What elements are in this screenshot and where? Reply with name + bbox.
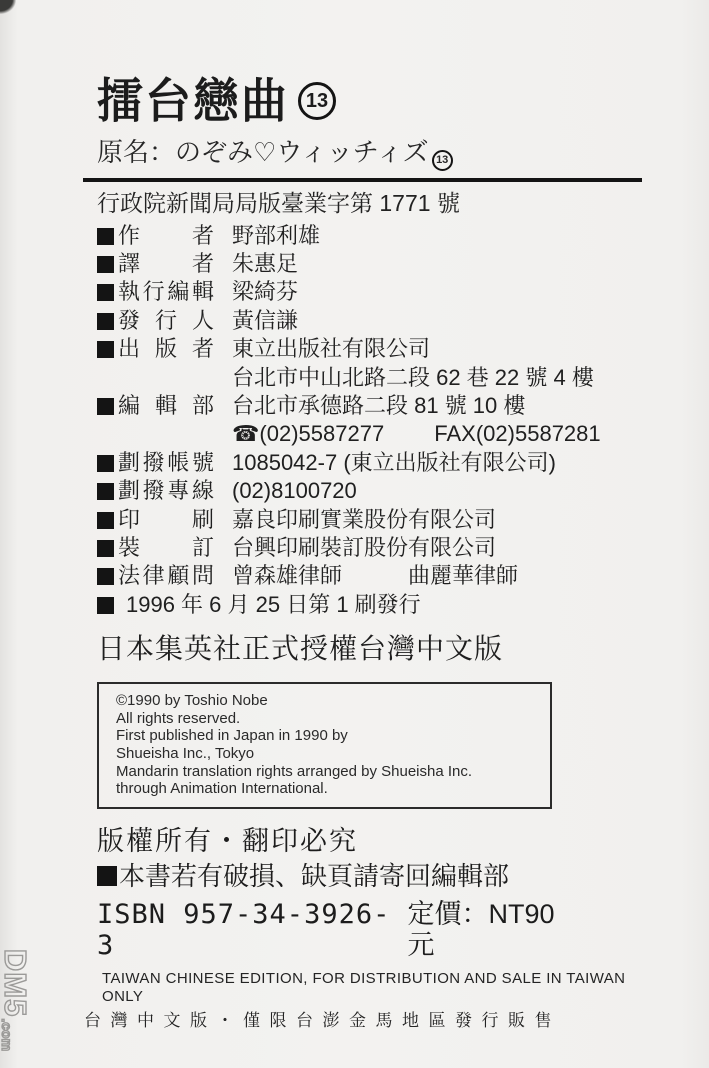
bullet-square-icon <box>97 483 114 500</box>
staff-label: 發行人 <box>118 307 214 335</box>
staff-value: 野部利雄 <box>232 222 320 250</box>
copyright-box-line: First published in Japan in 1990 by <box>116 727 542 745</box>
staff-label: 作者 <box>118 222 214 250</box>
staff-row: 譯者朱惠足 <box>97 250 642 278</box>
isbn-row: ISBN 957-34-3926-3 定價：NT90 元 <box>97 899 589 961</box>
staff-value-line: 東立出版社有限公司 <box>232 335 594 363</box>
isbn-number: ISBN 957-34-3926-3 <box>97 899 408 961</box>
damage-line: 本書若有破損、缺頁請寄回編輯部 <box>119 861 509 892</box>
staff-value-line: 曾森雄律師 曲麗華律師 <box>232 562 518 590</box>
damage-row: 本書若有破損、缺頁請寄回編輯部 <box>97 861 642 892</box>
staff-row: 劃撥帳號1085042-7 (東立出版社有限公司) <box>97 449 642 477</box>
bullet-square-icon <box>97 455 114 472</box>
bullet-square-icon <box>97 284 114 301</box>
staff-value-line: (02)8100720 <box>232 477 357 505</box>
staff-label: 出版者 <box>118 335 214 363</box>
bullet-square-icon <box>97 313 114 330</box>
license-line: 行政院新聞局局版臺業字第 1771 號 <box>97 190 642 217</box>
authorization-line: 日本集英社正式授權台灣中文版 <box>97 632 642 666</box>
page-title: 擂台戀曲 <box>97 73 289 129</box>
staff-row: 法律顧問曾森雄律師 曲麗華律師 <box>97 562 642 590</box>
staff-value-line: 1085042-7 (東立出版社有限公司) <box>232 449 556 477</box>
staff-value-line: 野部利雄 <box>232 222 320 250</box>
staff-label: 法律顧問 <box>118 562 214 590</box>
bullet-square-icon <box>97 512 114 529</box>
bullet-square-icon <box>97 341 114 358</box>
colophon-page: 擂台戀曲 13 原名：のぞみ♡ウィッチィズ13 行政院新聞局局版臺業字第 177… <box>0 0 709 1068</box>
footer-chinese-line: 台灣中文版・僅限台澎金馬地區發行販售 <box>84 1010 642 1031</box>
bullet-square-icon <box>97 540 114 557</box>
volume-number: 13 <box>306 90 328 113</box>
staff-row: 出版者東立出版社有限公司台北市中山北路二段 62 巷 22 號 4 樓 <box>97 335 642 392</box>
staff-label: 裝訂 <box>118 534 214 562</box>
divider-rule <box>83 178 642 182</box>
staff-label: 譯者 <box>118 250 214 278</box>
staff-label: 執行編輯 <box>118 278 214 306</box>
dm5-watermark-logo: DM5 .com <box>0 935 44 1065</box>
bullet-square-icon <box>97 568 114 585</box>
staff-value-line: 梁綺芬 <box>232 278 298 306</box>
issue-line: 1996 年 6 月 25 日第 1 刷發行 <box>126 591 421 619</box>
price-label: 定價：NT90 元 <box>408 899 589 961</box>
copyright-box-line: ©1990 by Toshio Nobe <box>116 692 542 710</box>
staff-value-line: 台北市承德路二段 81 號 10 樓 <box>232 392 601 420</box>
watermark-suffix-text: .com <box>0 1018 14 1051</box>
rights-line: 版權所有・翻印必究 <box>97 825 642 857</box>
staff-list: 作者野部利雄譯者朱惠足執行編輯梁綺芬發行人黃信謙出版者東立出版社有限公司台北市中… <box>97 222 642 591</box>
watermark-main-text: DM5 <box>0 949 31 1017</box>
staff-row: 印刷嘉良印刷實業股份有限公司 <box>97 506 642 534</box>
staff-row: 劃撥專線(02)8100720 <box>97 477 642 505</box>
staff-value: 嘉良印刷實業股份有限公司 <box>232 506 496 534</box>
staff-row: 發行人黃信謙 <box>97 307 642 335</box>
staff-value-line: 台北市中山北路二段 62 巷 22 號 4 樓 <box>232 364 594 392</box>
page-content: 擂台戀曲 13 原名：のぞみ♡ウィッチィズ13 行政院新聞局局版臺業字第 177… <box>97 0 642 1031</box>
original-title-line: 原名：のぞみ♡ウィッチィズ13 <box>97 137 642 169</box>
original-volume-number: 13 <box>436 145 448 175</box>
volume-number-badge: 13 <box>298 82 336 120</box>
copyright-box: ©1990 by Toshio NobeAll rights reserved.… <box>97 682 552 809</box>
title-row: 擂台戀曲 13 <box>97 74 642 128</box>
copyright-box-line: Mandarin translation rights arranged by … <box>116 763 542 781</box>
staff-value-line: 嘉良印刷實業股份有限公司 <box>232 506 496 534</box>
bullet-square-icon <box>97 256 114 273</box>
staff-value: 黃信謙 <box>232 307 298 335</box>
original-title-label: 原名： <box>97 137 175 167</box>
staff-value: 梁綺芬 <box>232 278 298 306</box>
bullet-square-icon <box>97 866 117 886</box>
staff-label: 劃撥帳號 <box>118 449 214 477</box>
staff-label: 編輯部 <box>118 392 214 420</box>
footer-english-line: TAIWAN CHINESE EDITION, FOR DISTRIBUTION… <box>102 970 642 1006</box>
staff-value-line: 黃信謙 <box>232 307 298 335</box>
bullet-square-icon <box>97 398 114 415</box>
staff-value: (02)8100720 <box>232 477 357 505</box>
staff-value-line: 台興印刷裝訂股份有限公司 <box>232 534 496 562</box>
staff-row: 編輯部台北市承德路二段 81 號 10 樓☎(02)5587277 FAX(02… <box>97 392 642 449</box>
staff-value-line: 朱惠足 <box>232 250 298 278</box>
copyright-box-line: All rights reserved. <box>116 710 542 728</box>
scan-corner-artifact <box>0 0 16 14</box>
staff-row: 作者野部利雄 <box>97 222 642 250</box>
staff-label: 印刷 <box>118 506 214 534</box>
staff-value: 1085042-7 (東立出版社有限公司) <box>232 449 556 477</box>
bullet-square-icon <box>97 228 114 245</box>
staff-row: 執行編輯梁綺芬 <box>97 278 642 306</box>
copyright-box-line: through Animation International. <box>116 780 542 798</box>
copyright-box-line: Shueisha Inc., Tokyo <box>116 745 542 763</box>
staff-value: 東立出版社有限公司台北市中山北路二段 62 巷 22 號 4 樓 <box>232 335 594 392</box>
original-volume-badge: 13 <box>432 150 453 171</box>
issue-row: 1996 年 6 月 25 日第 1 刷發行 <box>97 591 642 619</box>
staff-value: 曾森雄律師 曲麗華律師 <box>232 562 518 590</box>
staff-value: 台北市承德路二段 81 號 10 樓☎(02)5587277 FAX(02)55… <box>232 392 601 449</box>
staff-value-line: ☎(02)5587277 FAX(02)5587281 <box>232 420 601 448</box>
bullet-square-icon <box>97 597 114 614</box>
staff-row: 裝訂台興印刷裝訂股份有限公司 <box>97 534 642 562</box>
staff-value: 台興印刷裝訂股份有限公司 <box>232 534 496 562</box>
staff-label: 劃撥專線 <box>118 477 214 505</box>
original-title-text: のぞみ♡ウィッチィズ <box>175 137 429 167</box>
staff-value: 朱惠足 <box>232 250 298 278</box>
